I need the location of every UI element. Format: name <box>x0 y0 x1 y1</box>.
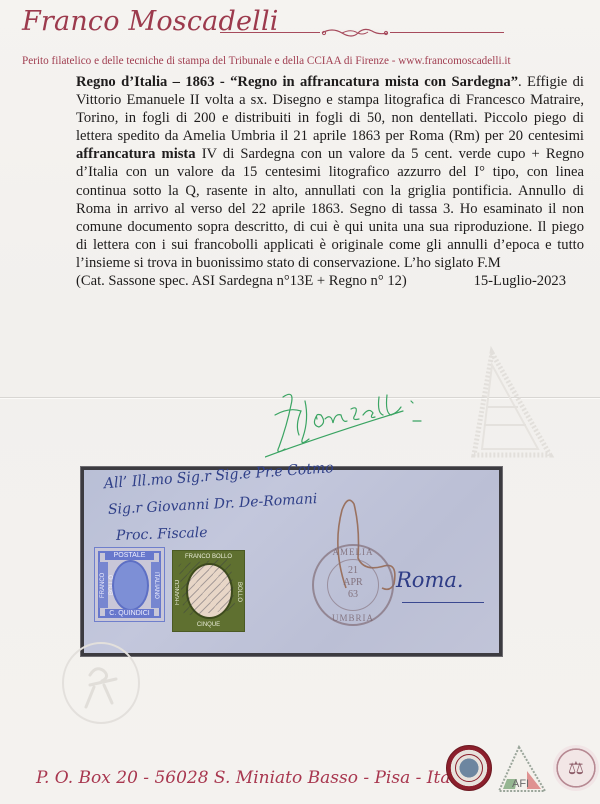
postmark-date: 21 APR 63 <box>314 565 392 601</box>
desc-line: comune documento sopra descritto, di cui… <box>76 218 584 236</box>
certificate-page: Franco Moscadelli Perito filatelico e de… <box>0 0 600 804</box>
address-line: Sig.r Giovanni Dr. De-Romani <box>108 491 318 518</box>
desc-line: Torino, in fogli di 200 e distribuiti in… <box>76 109 584 127</box>
letterhead-subtitle: Perito filatelico e delle tecniche di st… <box>22 55 511 67</box>
postal-cover: All’ Ill.mo Sig.r Sig.e Pr.e Cotmo Sig.r… <box>81 467 502 656</box>
embossed-round-seal-icon <box>60 635 142 725</box>
amelia-postmark: AMELIA 21 APR 63 UMBRIA <box>312 544 394 626</box>
desc-line: di lettera con i sui francobolli applica… <box>76 236 584 254</box>
expert-signature <box>265 385 465 460</box>
destination-city: Roma. <box>396 568 464 592</box>
flourish-icon <box>320 25 390 41</box>
desc-line: continua sotto la Q, rasente in alto, an… <box>76 182 584 200</box>
destination-underline <box>402 602 484 603</box>
collegio-seal-icon <box>446 745 492 791</box>
embossed-afi-seal-icon <box>470 345 565 465</box>
afi-triangle-seal-icon: AFI <box>497 745 547 793</box>
desc-line-title: Regno d’Italia – 1863 - “Regno in affran… <box>76 73 584 91</box>
stamp-5-centesimi: FRANCO BOLLO FRANCO BOLLO CINQUE <box>172 550 245 632</box>
certificate-description: Regno d’Italia – 1863 - “Regno in affran… <box>76 73 584 290</box>
desc-line: Roma in arrivo al verso del 22 aprile 18… <box>76 200 584 218</box>
stamp-15-centesimi: POSTALE FRANCO BOLLO ITALIANO C. QUINDIC… <box>94 547 165 622</box>
certificate-date: 15-Luglio-2023 <box>474 272 566 290</box>
catalog-row: (Cat. Sassone spec. ASI Sardegna n°13E +… <box>76 272 566 290</box>
king-portrait-icon <box>112 560 149 611</box>
desc-line: d’Italia con un valore da 15 centesimi l… <box>76 163 584 181</box>
catalog-reference: (Cat. Sassone spec. ASI Sardegna n°13E +… <box>76 272 407 290</box>
grid-cancel-icon <box>178 558 235 615</box>
collegio-periti-seal-icon: ⚖ <box>553 745 599 791</box>
desc-line-mista: affrancatura mista IV di Sardegna con un… <box>76 145 584 163</box>
desc-line: l’insieme si trova in buonissimo stato d… <box>76 254 584 272</box>
desc-line: lettera spedito da Amelia Umbria il 21 a… <box>76 127 584 145</box>
address-line: Proc. Fiscale <box>116 525 208 544</box>
desc-title: Regno d’Italia – 1863 - “Regno in affran… <box>76 74 518 90</box>
svg-text:AFI: AFI <box>512 778 529 790</box>
desc-line: Vittorio Emanuele II volta a sx. Disegno… <box>76 91 584 109</box>
address-line: All’ Ill.mo Sig.r Sig.e Pr.e Cotmo <box>103 460 334 493</box>
footer-address: P. O. Box 20 - 56028 S. Miniato Basso - … <box>36 768 466 788</box>
